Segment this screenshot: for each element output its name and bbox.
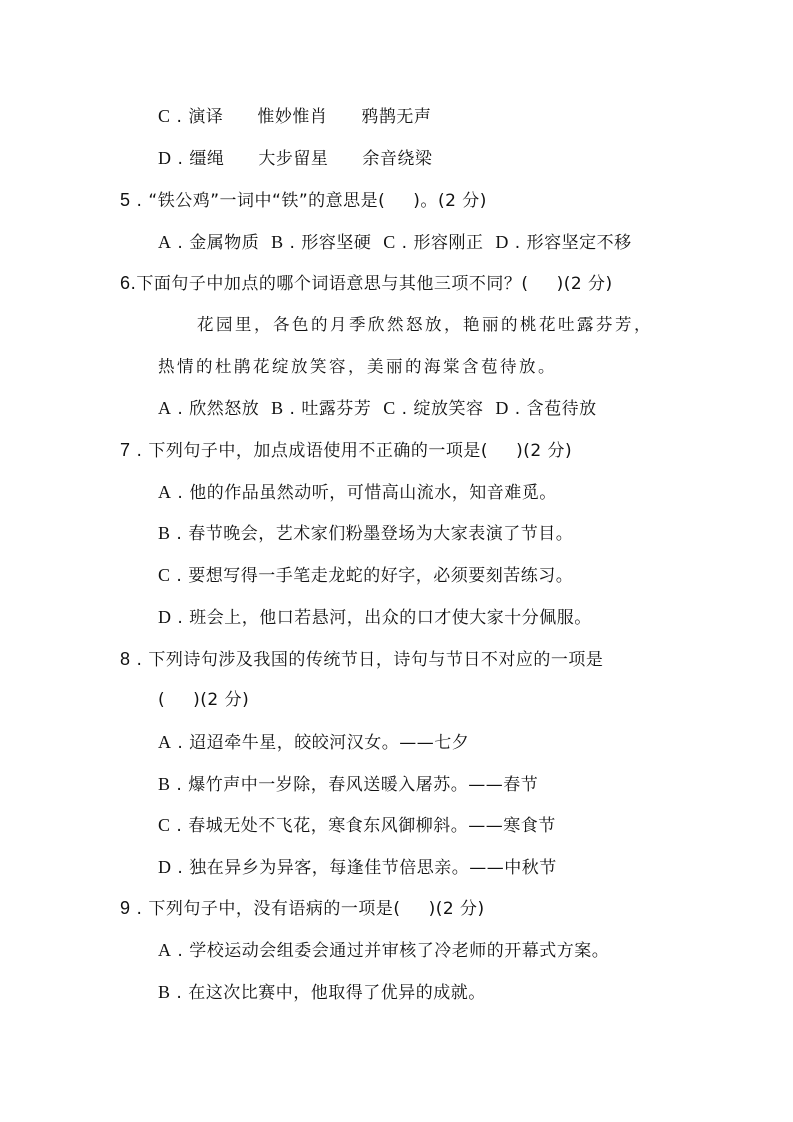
question-7-option-a: A . 他的作品虽然动听，可惜高山流水，知音难觅。	[158, 481, 557, 504]
option-d-text: 含苞待放	[527, 399, 597, 419]
question-text: 下列句子中，没有语病的一项是(	[148, 899, 400, 919]
option-word: 鸦鹊无声	[361, 107, 431, 127]
question-9-stem: 9.下列句子中，没有语病的一项是()(2 分)	[120, 897, 485, 920]
option-letter: D	[495, 398, 509, 418]
option-letter: A	[158, 482, 172, 502]
q4-option-d: D.缰绳大步留星余音绕梁	[158, 147, 432, 170]
option-word: 大步留星	[258, 149, 328, 169]
option-a-text: 金属物质	[189, 233, 259, 253]
option-letter: C	[383, 232, 396, 252]
question-number: 7	[120, 440, 131, 460]
question-text: 下面句子中加点的哪个词语意思与其他三项不同？(	[136, 274, 528, 294]
question-8-option-b: B . 爆竹声中一岁除，春风送暖入屠苏。——春节	[158, 773, 538, 796]
question-score: (2 分)	[523, 441, 572, 461]
option-letter: B	[158, 523, 171, 543]
option-text: 迢迢牵牛星，皎皎河汉女。——七夕	[189, 733, 469, 753]
option-word: 惟妙惟肖	[257, 107, 327, 127]
option-c-text: 绽放笑容	[414, 399, 484, 419]
option-word: 余音绕梁	[362, 149, 432, 169]
question-score: (2 分)	[438, 191, 487, 211]
question-number: 9	[120, 898, 131, 918]
option-letter: A	[158, 232, 172, 252]
option-letter: D	[158, 607, 172, 627]
blank-close: )	[557, 274, 564, 294]
option-b-text: 吐露芬芳	[301, 399, 371, 419]
question-sep: .	[137, 441, 143, 461]
question-text: 下列诗句涉及我国的传统节日，诗句与节日不对应的一项是	[148, 650, 603, 670]
option-letter: C	[158, 815, 171, 835]
question-6-stem: 6.下面句子中加点的哪个词语意思与其他三项不同？()(2 分)	[120, 272, 613, 295]
option-text: 班会上，他口若悬河，出众的口才使大家十分佩服。	[189, 608, 592, 628]
question-6-passage-line-2: 热情的杜鹃花绽放笑容，美丽的海棠含苞待放。	[158, 356, 557, 378]
option-b-text: 形容坚硬	[301, 233, 371, 253]
question-5-options: A . 金属物质 B . 形容坚硬 C . 形容刚正 D . 形容坚定不移	[158, 231, 632, 254]
question-text: “铁公鸡”一词中“铁”的意思是(	[148, 191, 385, 211]
question-7-option-c: C . 要想写得一手笔走龙蛇的好字，必须要刻苦练习。	[158, 564, 573, 587]
question-7-option-d: D . 班会上，他口若悬河，出众的口才使大家十分佩服。	[158, 606, 592, 629]
question-score: (2 分)	[200, 690, 249, 710]
option-letter: D	[158, 148, 172, 168]
question-9-option-a: A . 学校运动会组委会通过并审核了冷老师的开幕式方案。	[158, 939, 609, 962]
option-a-text: 欣然怒放	[189, 399, 259, 419]
option-word: 缰绳	[189, 149, 224, 169]
question-score: (2 分)	[564, 274, 613, 294]
option-text: 要想写得一手笔走龙蛇的好字，必须要刻苦练习。	[188, 566, 573, 586]
option-letter: D	[158, 857, 172, 877]
option-text: 他的作品虽然动听，可惜高山流水，知音难觅。	[189, 483, 557, 503]
question-sep: .	[137, 650, 143, 670]
option-d-text: 形容坚定不移	[527, 233, 632, 253]
question-7-option-b: B . 春节晚会，艺术家们粉墨登场为大家表演了节目。	[158, 522, 573, 545]
question-6-passage-line-1: 花园里，各色的月季欣然怒放，艳丽的桃花吐露芬芳，	[197, 314, 653, 336]
option-text: 春节晚会，艺术家们粉墨登场为大家表演了节目。	[188, 524, 573, 544]
question-9-option-b: B . 在这次比赛中，他取得了优异的成就。	[158, 981, 486, 1004]
question-5-stem: 5.“铁公鸡”一词中“铁”的意思是()。(2 分)	[120, 189, 487, 212]
question-sep: .	[137, 191, 143, 211]
option-letter: B	[158, 774, 171, 794]
question-text: 下列句子中，加点成语使用不正确的一项是(	[148, 441, 488, 461]
option-letter: D	[495, 232, 509, 252]
option-letter: B	[158, 982, 171, 1002]
option-word: 演译	[188, 107, 223, 127]
option-text: 春城无处不飞花，寒食东风御柳斜。——寒食节	[188, 816, 556, 836]
option-sep: .	[178, 149, 184, 169]
option-sep: .	[177, 107, 183, 127]
option-letter: B	[271, 398, 284, 418]
question-6-options: A . 欣然怒放 B . 吐露芬芳 C . 绽放笑容 D . 含苞待放	[158, 397, 597, 420]
question-8-option-c: C . 春城无处不飞花，寒食东风御柳斜。——寒食节	[158, 814, 556, 837]
q4-option-c: C.演译惟妙惟肖鸦鹊无声	[158, 105, 431, 128]
option-letter: A	[158, 940, 172, 960]
blank-open: (	[158, 690, 165, 710]
question-number: 6	[120, 273, 131, 293]
question-number: 5	[120, 190, 131, 210]
option-letter: A	[158, 398, 172, 418]
option-c-text: 形容刚正	[414, 233, 484, 253]
question-number: 8	[120, 649, 131, 669]
option-letter: C	[158, 106, 171, 126]
option-text: 独在异乡为异客，每逢佳节倍思亲。——中秋节	[189, 858, 557, 878]
question-8-option-a: A . 迢迢牵牛星，皎皎河汉女。——七夕	[158, 731, 469, 754]
question-sep: .	[137, 899, 143, 919]
option-letter: C	[383, 398, 396, 418]
blank-close: )	[429, 899, 436, 919]
option-text: 学校运动会组委会通过并审核了冷老师的开幕式方案。	[189, 941, 609, 961]
question-8-stem-continued: ()(2 分)	[158, 689, 249, 711]
option-letter: C	[158, 565, 171, 585]
option-text: 在这次比赛中，他取得了优异的成就。	[188, 983, 486, 1003]
question-8-stem: 8.下列诗句涉及我国的传统节日，诗句与节日不对应的一项是	[120, 648, 603, 671]
option-text: 爆竹声中一岁除，春风送暖入屠苏。——春节	[188, 775, 538, 795]
option-letter: B	[271, 232, 284, 252]
question-7-stem: 7.下列句子中，加点成语使用不正确的一项是()(2 分)	[120, 439, 572, 462]
question-score: (2 分)	[436, 899, 485, 919]
question-8-option-d: D . 独在异乡为异客，每逢佳节倍思亲。——中秋节	[158, 856, 557, 879]
blank-close: )。	[413, 191, 438, 211]
option-letter: A	[158, 732, 172, 752]
